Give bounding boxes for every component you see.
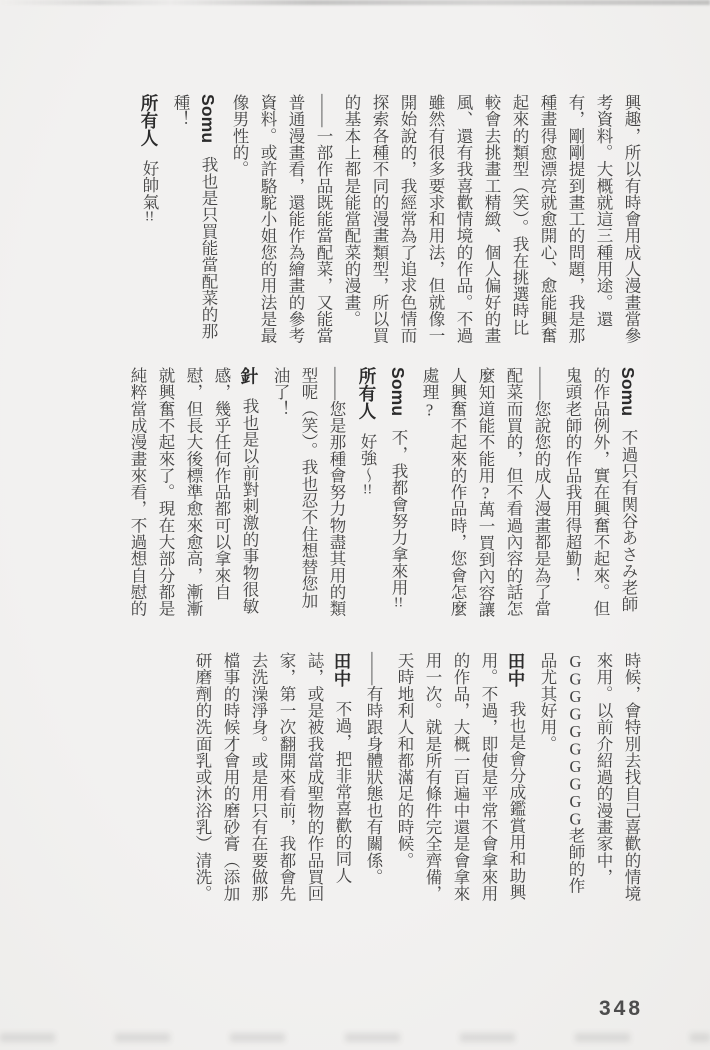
paragraph: 興趣，所以有時會用成人漫畫當參考資料。大概就這三種用途。還有，剛剛提到畫工的問題…: [337, 94, 645, 348]
speaker-label: 田中: [506, 652, 526, 687]
speaker-label: Somu: [198, 94, 218, 143]
text-band-bottom: 時候，會特別去找自己喜歡的情境來用。以前介紹過的漫畫家中，GGGGGGGGGG老…: [83, 652, 645, 906]
text-run: ——您是那種會努力物盡其用的類型呢（笑）。我也忍不住想替您加油了！: [271, 367, 346, 617]
upright-run: ?: [420, 400, 439, 418]
text-run: 好強～: [358, 433, 377, 483]
speaker-label: Somu: [618, 367, 638, 416]
paragraph: Somu不，我都會努力拿來用!!: [384, 367, 412, 621]
speaker-label: 田中: [332, 652, 352, 687]
text-run: 興趣，所以有時會用成人漫畫當參考資料。大概就這三種用途。還有，剛剛提到畫工的問題…: [342, 94, 641, 344]
paragraph: 田中不過，把非常喜歡的同人誌，或是被我當成聖物的作品買回家，第一次翻開來看前，我…: [188, 652, 356, 906]
paragraph: 所有人好強～!!: [353, 367, 381, 621]
scan-artifact-bottom-edge: [0, 1033, 710, 1042]
text-run: ——一部作品既能當配菜，又能當普通漫畫看，還能作為繪畫的參考資料。或許駱駝小姐您…: [230, 94, 333, 344]
page-number: 348: [599, 997, 643, 1021]
speaker-label: 所有人: [357, 367, 377, 420]
text-run: 不，我都會努力拿來用: [389, 429, 408, 596]
text-run: ——有時跟身體狀態也有關係。: [364, 652, 383, 885]
paragraph: 時候，會特別去找自己喜歡的情境來用。以前介紹過的漫畫家中，GGGGGGGGGG老…: [533, 652, 645, 906]
text-band-top: 興趣，所以有時會用成人漫畫當參考資料。大概就這三種用途。還有，剛剛提到畫工的問題…: [83, 94, 645, 348]
paragraph: 所有人好帥氣!!: [135, 94, 163, 348]
speaker-label: Somu: [388, 367, 408, 416]
double-exclamation: !!: [142, 210, 157, 224]
text-run: 好帥氣: [140, 160, 159, 210]
paragraph: 針我也是以前對刺激的事物很敏感，幾乎任何作品都可以拿來自慰，但長大後標準愈來愈高…: [123, 367, 263, 621]
speaker-label: 針: [239, 367, 259, 385]
paragraph: ——您說您的成人漫畫都是為了當配菜而買的，但不看過內容的話怎麼知道能不能用?萬一…: [415, 367, 555, 621]
upright-run: GGGGGGGGGG: [566, 652, 585, 827]
upright-run: ?: [476, 484, 495, 502]
text-band-middle: Somu不過只有関谷あさみ老師的作品例外，實在興奮不起來。但鬼頭老師的作品我用得…: [83, 367, 645, 621]
speaker-label: 所有人: [139, 94, 159, 147]
paragraph: ——您是那種會努力物盡其用的類型呢（笑）。我也忍不住想替您加油了！: [266, 367, 350, 621]
double-exclamation: !!: [360, 483, 375, 497]
scanned-book-page: 興趣，所以有時會用成人漫畫當參考資料。大概就這三種用途。還有，剛剛提到畫工的問題…: [0, 0, 710, 1050]
paragraph: Somu我也是只買能當配菜的那種！: [166, 94, 222, 348]
text-run: 時候，會特別去找自己喜歡的情境來用。以前介紹過的漫畫家中，: [594, 652, 641, 902]
paragraph: 田中我也是會分成鑑賞用和助興用。不過，即使是平常不會拿來用的作品，大概一百遍中還…: [390, 652, 530, 906]
scan-artifact-top-edge: [0, 0, 710, 5]
paragraph: Somu不過只有関谷あさみ老師的作品例外，實在興奮不起來。但鬼頭老師的作品我用得…: [558, 367, 642, 621]
double-exclamation: !!: [391, 596, 406, 610]
text-run: 我也是會分成鑑賞用和助興用。不過，即使是平常不會拿來用的作品，大概一百遍中還是會…: [395, 652, 526, 902]
paragraph: ——有時跟身體狀態也有關係。: [359, 652, 387, 906]
text-run: 我也是以前對刺激的事物很敏感，幾乎任何作品都可以拿來自慰，但長大後標準愈來愈高，…: [128, 367, 259, 617]
text-run: 不過，把非常喜歡的同人誌，或是被我當成聖物的作品買回家，第一次翻開來看前，我都會…: [193, 652, 352, 902]
paragraph: ——一部作品既能當配菜，又能當普通漫畫看，還能作為繪畫的參考資料。或許駱駝小姐您…: [225, 94, 337, 348]
